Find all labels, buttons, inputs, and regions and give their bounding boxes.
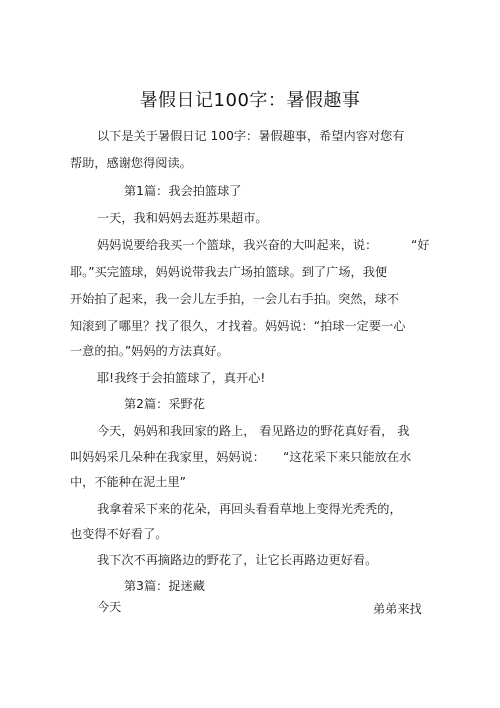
intro-line: 帮助，感谢您得阅读。 bbox=[70, 155, 192, 171]
paragraph-line: 我拿着采下来的花朵，再回头看看草地上变得光秃秃的， bbox=[97, 501, 402, 517]
paragraph-line: 今天，妈妈和我回家的路上， 看见路边的野花真好看， 我 bbox=[97, 423, 409, 439]
paragraph-line: 我下次不再摘路边的野花了，让它长再路边更好看。 bbox=[97, 552, 377, 568]
paragraph-line: “这花采下来只能放在水 bbox=[283, 449, 411, 465]
paragraph-line: 妈妈说要给我买一个篮球，我兴奋的大叫起来，说： bbox=[97, 237, 377, 253]
section-heading: 第1篇：我会拍篮球了 bbox=[124, 183, 241, 199]
paragraph-line: 一意的拍。”妈妈的方法真好。 bbox=[70, 343, 229, 359]
section-heading: 第3篇：捉迷藏 bbox=[124, 578, 205, 594]
paragraph-line: “好 bbox=[411, 237, 430, 253]
document-title: 暑假日记100字：暑假趣事 bbox=[0, 86, 500, 112]
paragraph-line: 知滚到了哪里？找了很久，才找着。妈妈说：“拍球一定要一心 bbox=[70, 318, 405, 334]
paragraph-line: 叫妈妈采几朵种在我家里，妈妈说： bbox=[70, 449, 265, 465]
paragraph-line: 耶!我终于会拍篮球了，真开心! bbox=[97, 370, 265, 386]
paragraph-line: 耶。”买完篮球，妈妈说带我去广场拍篮球。到了广场，我便 bbox=[70, 264, 387, 280]
paragraph-line: 今天 bbox=[97, 599, 121, 615]
paragraph-line: 中，不能种在泥土里” bbox=[70, 474, 186, 490]
paragraph-line: 一天，我和妈妈去逛苏果超市。 bbox=[97, 210, 268, 226]
section-heading: 第2篇：采野花 bbox=[124, 396, 205, 412]
paragraph-line: 弟弟来找 bbox=[373, 601, 422, 617]
paragraph-line: 开始拍了起来，我一会儿左手拍，一会儿右手拍。突然，球不 bbox=[70, 291, 399, 307]
intro-line: 以下是关于暑假日记 100字：暑假趣事，希望内容对您有 bbox=[97, 128, 404, 144]
paragraph-line: 也变得不好看了。 bbox=[70, 526, 168, 542]
